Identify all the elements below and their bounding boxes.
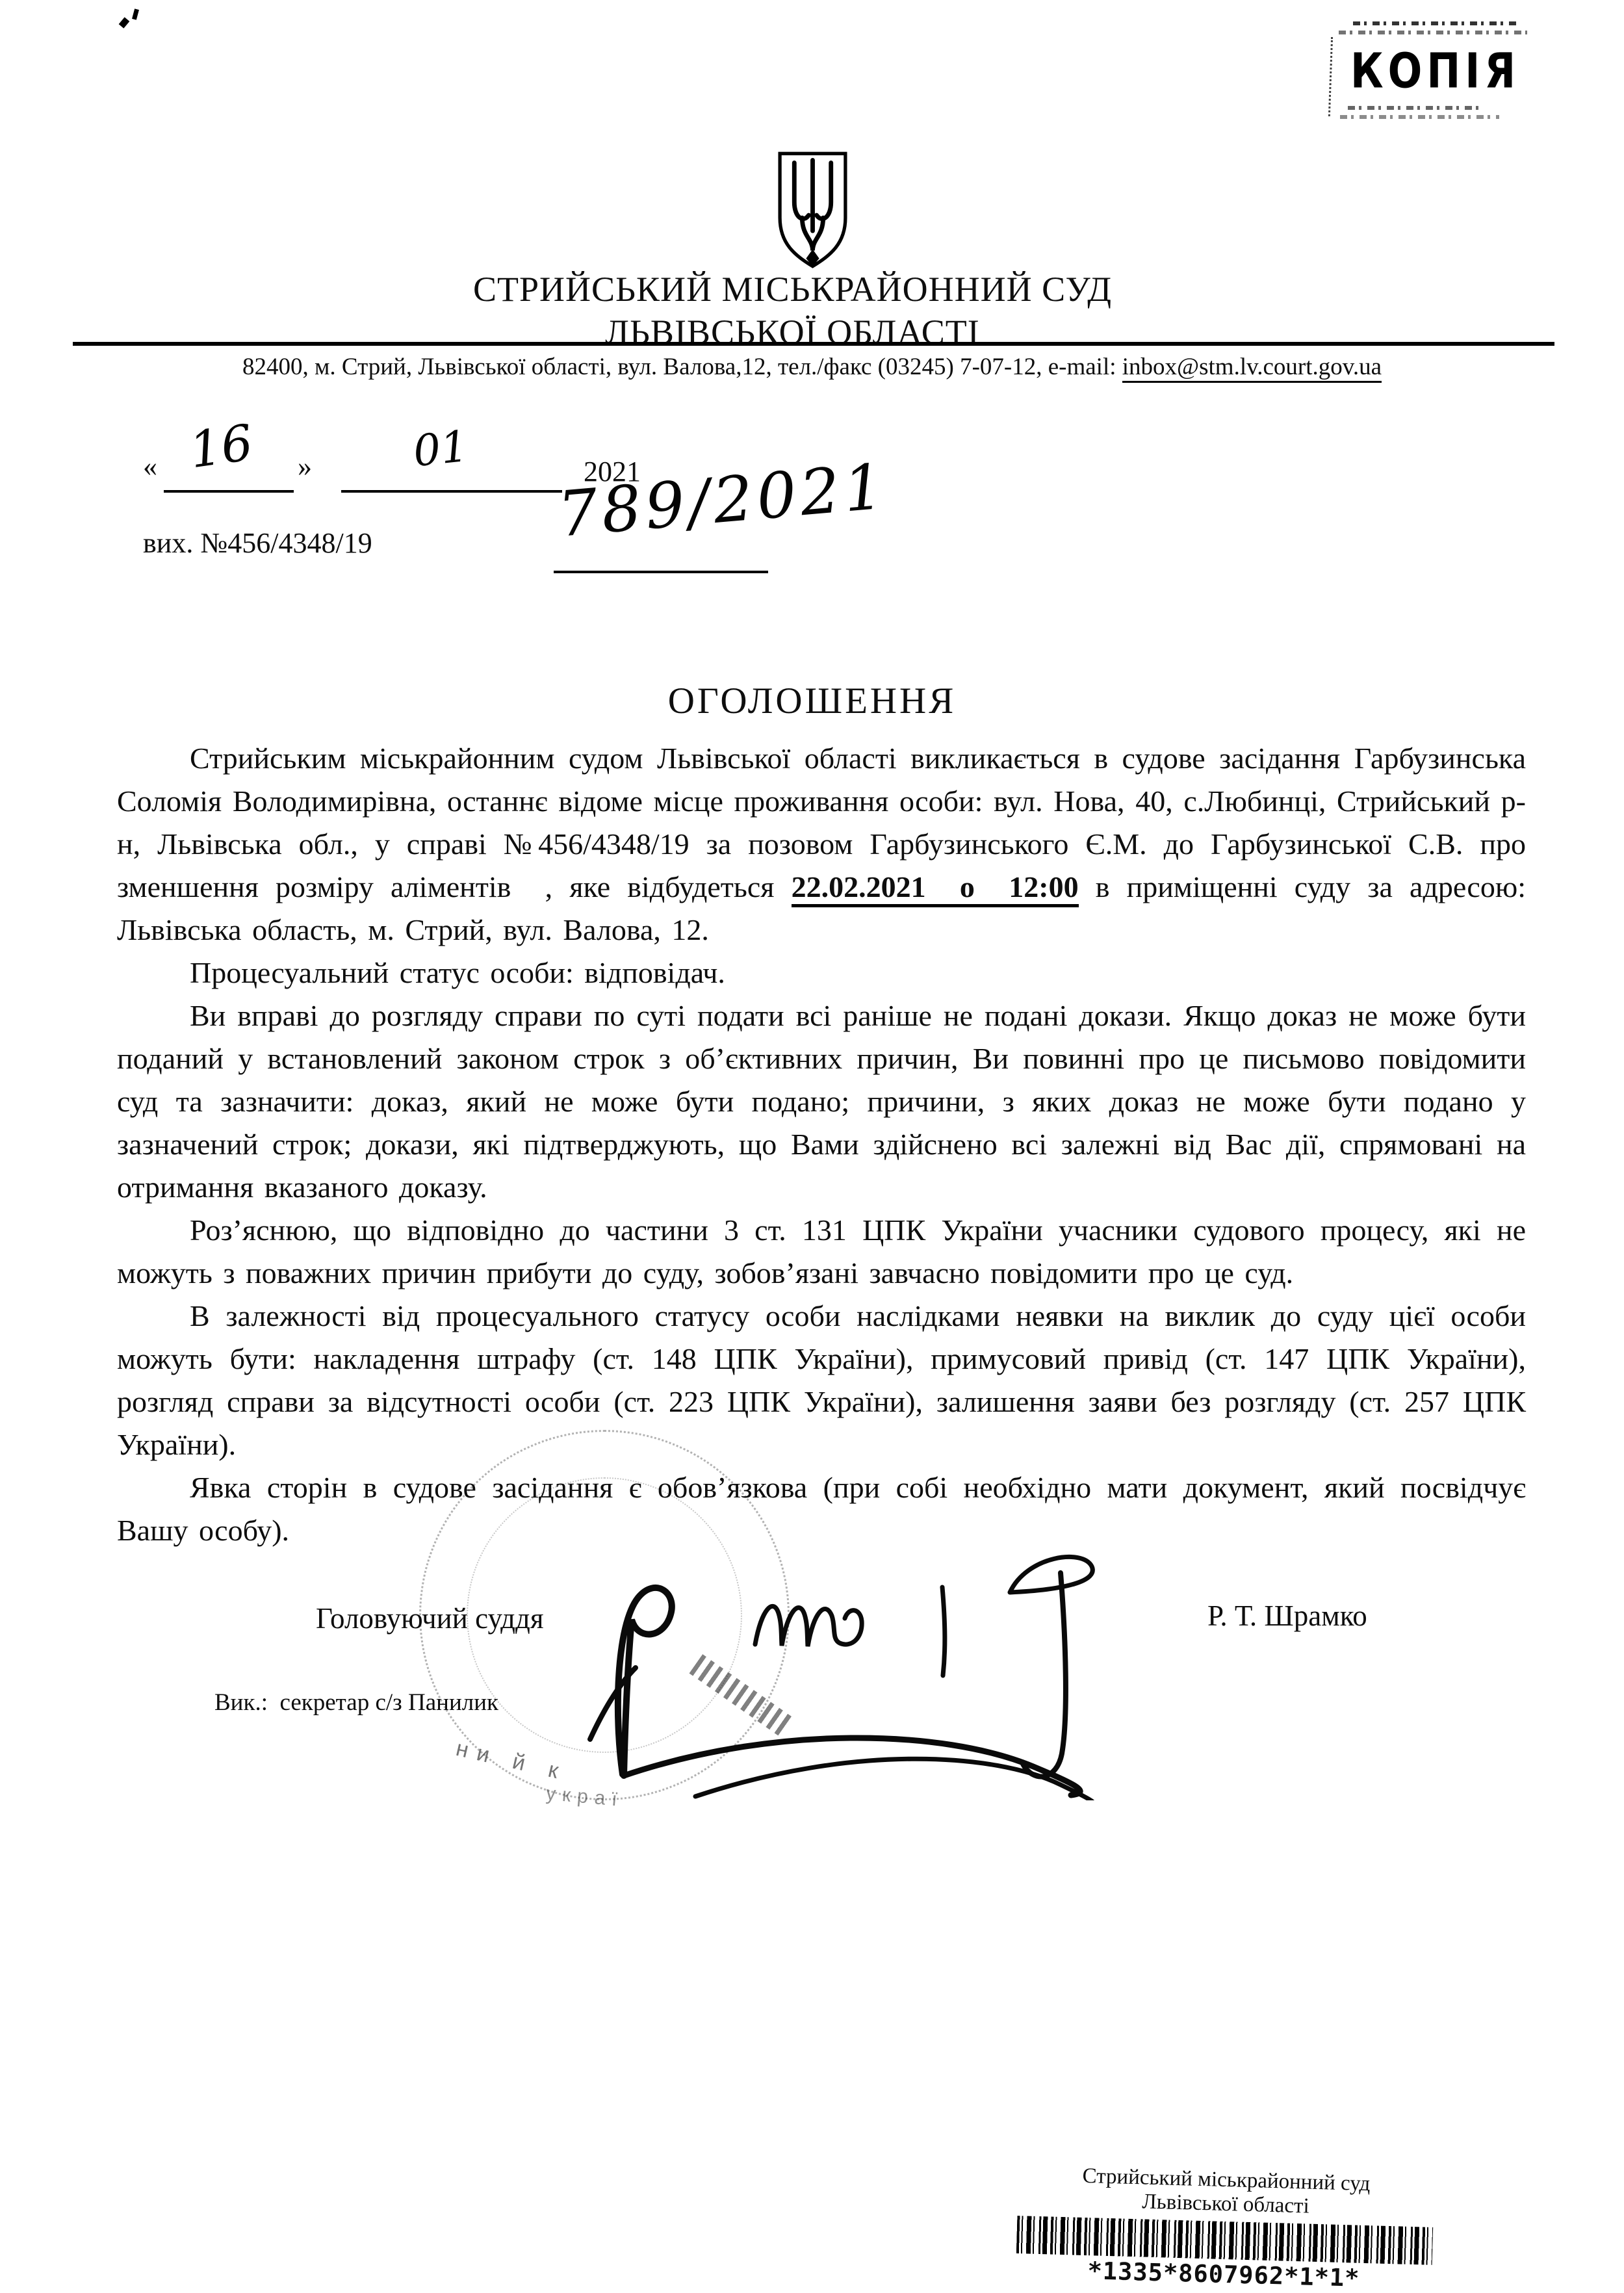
document-body: Стрийським міськрайонним судом Львівсько…	[117, 737, 1526, 1552]
ink-speck	[132, 8, 139, 19]
coat-of-arms-emblem	[772, 149, 853, 270]
paragraph-notice-131: Роз’яснюю, що відповідно до частини 3 ст…	[117, 1209, 1526, 1295]
date-quote-open: «	[143, 450, 157, 483]
copy-stamp-label: КОПІЯ	[1350, 42, 1520, 99]
date-day-underline	[164, 490, 294, 493]
page-title: ОГОЛОШЕННЯ	[0, 680, 1624, 722]
stamp-bracket-mark	[1328, 37, 1336, 116]
stamp-fine-print	[1348, 106, 1481, 110]
outgoing-number-underline	[554, 571, 768, 573]
court-name-line1: СТРИЙСЬКИЙ МІСЬКРАЙОННИЙ СУД	[0, 269, 1585, 309]
handwritten-month: 01	[411, 421, 470, 476]
registration-stamp: Стрийський міськрайонний суд Львівської …	[1003, 2162, 1448, 2293]
header-divider	[73, 342, 1554, 346]
judge-signature	[578, 1547, 1189, 1800]
handwritten-day: 16	[186, 413, 256, 480]
date-quote-close: »	[298, 450, 312, 483]
judge-name: Р. Т. Шрамко	[1207, 1599, 1367, 1633]
judge-role-label: Головуючий суддя	[316, 1601, 544, 1635]
stamp-fine-print	[1353, 21, 1519, 25]
court-name-line2: ЛЬВІВСЬКОЇ ОБЛАСТІ	[0, 312, 1585, 352]
paragraph-status: Процесуальний статус особи: відповідач.	[117, 952, 1526, 994]
hearing-datetime: 22.02.2021 о 12:00	[792, 870, 1079, 907]
paragraph-attendance: Явка сторін в судове засідання є обов’яз…	[117, 1466, 1526, 1552]
scanned-court-document-page: КОПІЯ СТРИЙСЬКИЙ МІСЬКРАЙОННИЙ СУД ЛЬВІВ…	[0, 0, 1624, 2293]
ink-speck	[119, 17, 130, 28]
stamp-fine-print	[1339, 31, 1527, 34]
copy-stamp: КОПІЯ	[1326, 16, 1553, 127]
date-month-underline	[341, 490, 562, 493]
outgoing-number-label: вих. №456/4348/19	[143, 526, 372, 560]
court-address-line: 82400, м. Стрий, Львівської області, вул…	[0, 353, 1624, 381]
address-text: 82400, м. Стрий, Львівської області, вул…	[242, 354, 1122, 380]
stamp-fine-print	[1340, 115, 1499, 119]
paragraph-evidence: Ви вправі до розгляду справи по суті под…	[117, 994, 1526, 1209]
paragraph-consequences: В залежності від процесуального статусу …	[117, 1295, 1526, 1466]
executor-line: Вик.: секретар с/з Панилик	[214, 1689, 498, 1717]
court-email: inbox@stm.lv.court.gov.ua	[1122, 354, 1382, 383]
paragraph-summons: Стрийським міськрайонним судом Львівсько…	[117, 737, 1526, 952]
